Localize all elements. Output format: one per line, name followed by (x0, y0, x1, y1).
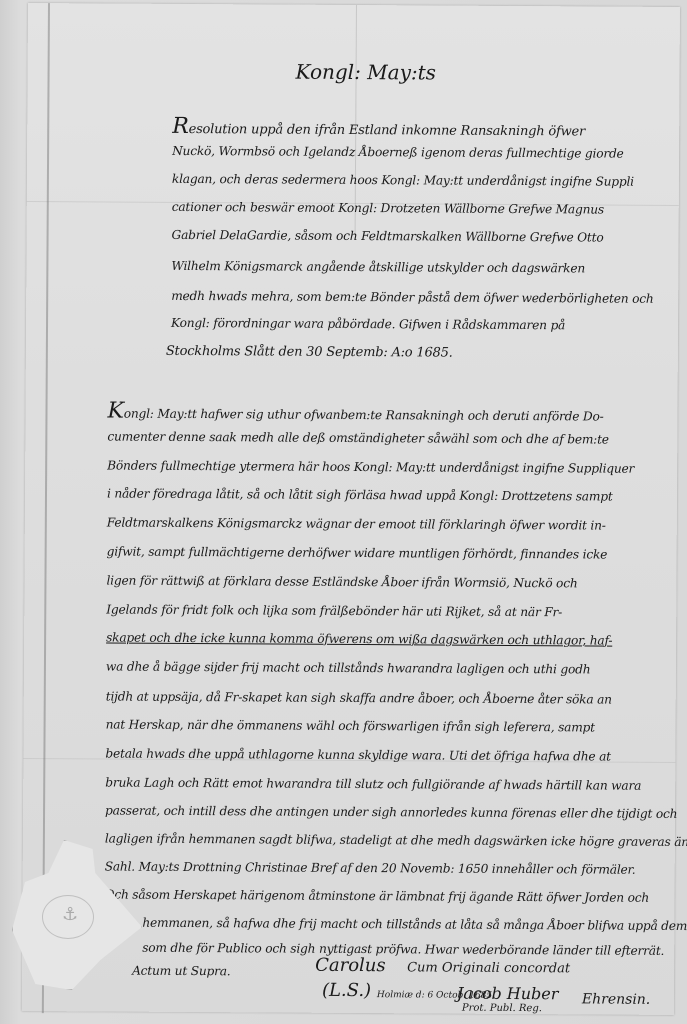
body-line: ligen för rättwiß at förklara desse Estl… (106, 573, 577, 590)
body-line: tijdh at uppsäja, då Fr-skapet kan sigh … (106, 689, 612, 706)
body-line: lagligen ifrån hemmanen sagdt blifwa, st… (105, 831, 687, 849)
resolution-line: Resolution uppå den ifrån Estland inkomn… (172, 114, 585, 142)
anchor-icon: ⚓ (62, 904, 78, 925)
body-line: Igelands för fridt folk och lijka som fr… (106, 602, 562, 619)
photograph: Kongl: May:ts Resolution uppå den ifrån … (0, 0, 687, 1024)
body-line: hemmanen, så hafwa dhe frij macht och ti… (142, 916, 687, 933)
body-line: Sahl. May:ts Drottning Christinae Bref a… (105, 859, 636, 876)
concordance-note: Cum Originali concordat (407, 960, 570, 976)
body-line: bruka Lagh och Rätt emot hwarandra till … (105, 775, 641, 792)
signature-block: Carolus Cum Originali concordat (L.S.) H… (28, 3, 680, 7)
body-line: wa dhe å bägge sijder frij macht och til… (106, 659, 591, 676)
body-line: gifwit, sampt fullmächtigerne derhöfwer … (107, 544, 608, 561)
resolution-line: medh hwads mehra, som bem:te Bönder påst… (171, 289, 653, 306)
body-line: betala hwads dhe uppå uthlagorne kunna s… (105, 746, 611, 763)
body-line: passerat, och intill dess dhe antingen u… (105, 803, 677, 820)
resolution-line: Nuckö, Wormbsö och Igelandz Åboerneß ige… (172, 144, 624, 161)
resolution-paragraph: Resolution uppå den ifrån Estland inkomn… (28, 3, 680, 7)
resolution-line: Wilhelm Königsmarck angående åtskillige … (171, 259, 585, 276)
secretary-signature: Jacob Huber (457, 984, 559, 1004)
body-line: i nåder föredraga låtit, så och låtit si… (107, 486, 613, 503)
body-line: cumenter denne saak medh alle deß omstän… (107, 429, 609, 446)
countersignature: Ehrensin. (582, 991, 650, 1007)
paper-edge-line (42, 3, 50, 1013)
resolution-line: cationer och beswär emoot Kongl: Drotzet… (172, 200, 604, 217)
body-paragraph: Kongl: May:tt hafwer sig uthur ofwanbem:… (28, 3, 680, 7)
resolution-line: klagan, och deras sedermera hoos Kongl: … (172, 172, 634, 189)
body-line: Bönders fullmechtige ytermera här hoos K… (107, 458, 634, 475)
body-line-underlined: skapet och dhe icke kunna komma öfwerens… (106, 630, 612, 647)
body-line: Feldtmarskalkens Königsmarckz wägnar der… (107, 515, 606, 532)
seal-placeholder: (L.S.) (322, 980, 371, 1001)
document-sheet: Kongl: May:ts Resolution uppå den ifrån … (22, 3, 680, 1015)
body-line: nat Herskap, när dhe ömmanens wähl och f… (106, 717, 595, 734)
body-line: som dhe för Publico och sigh nyttigast p… (142, 941, 664, 958)
body-line: Och såsom Herskapet härigenom åtminstone… (105, 887, 650, 904)
resolution-line: Stockholms Slått den 30 Septemb: A:o 168… (166, 344, 453, 361)
closing-formula: Actum ut Supra. (132, 964, 230, 979)
resolution-line: Kongl: förordningar wara påbördade. Gifw… (171, 316, 565, 332)
secretary-title: Prot. Publ. Reg. (462, 1003, 542, 1014)
royal-signature: Carolus (315, 955, 386, 976)
resolution-line: Gabriel DelaGardie, såsom och Feldtmarsk… (172, 228, 604, 245)
body-line: Kongl: May:tt hafwer sig uthur ofwanbem:… (107, 398, 603, 426)
document-heading: Kongl: May:ts (296, 60, 437, 85)
